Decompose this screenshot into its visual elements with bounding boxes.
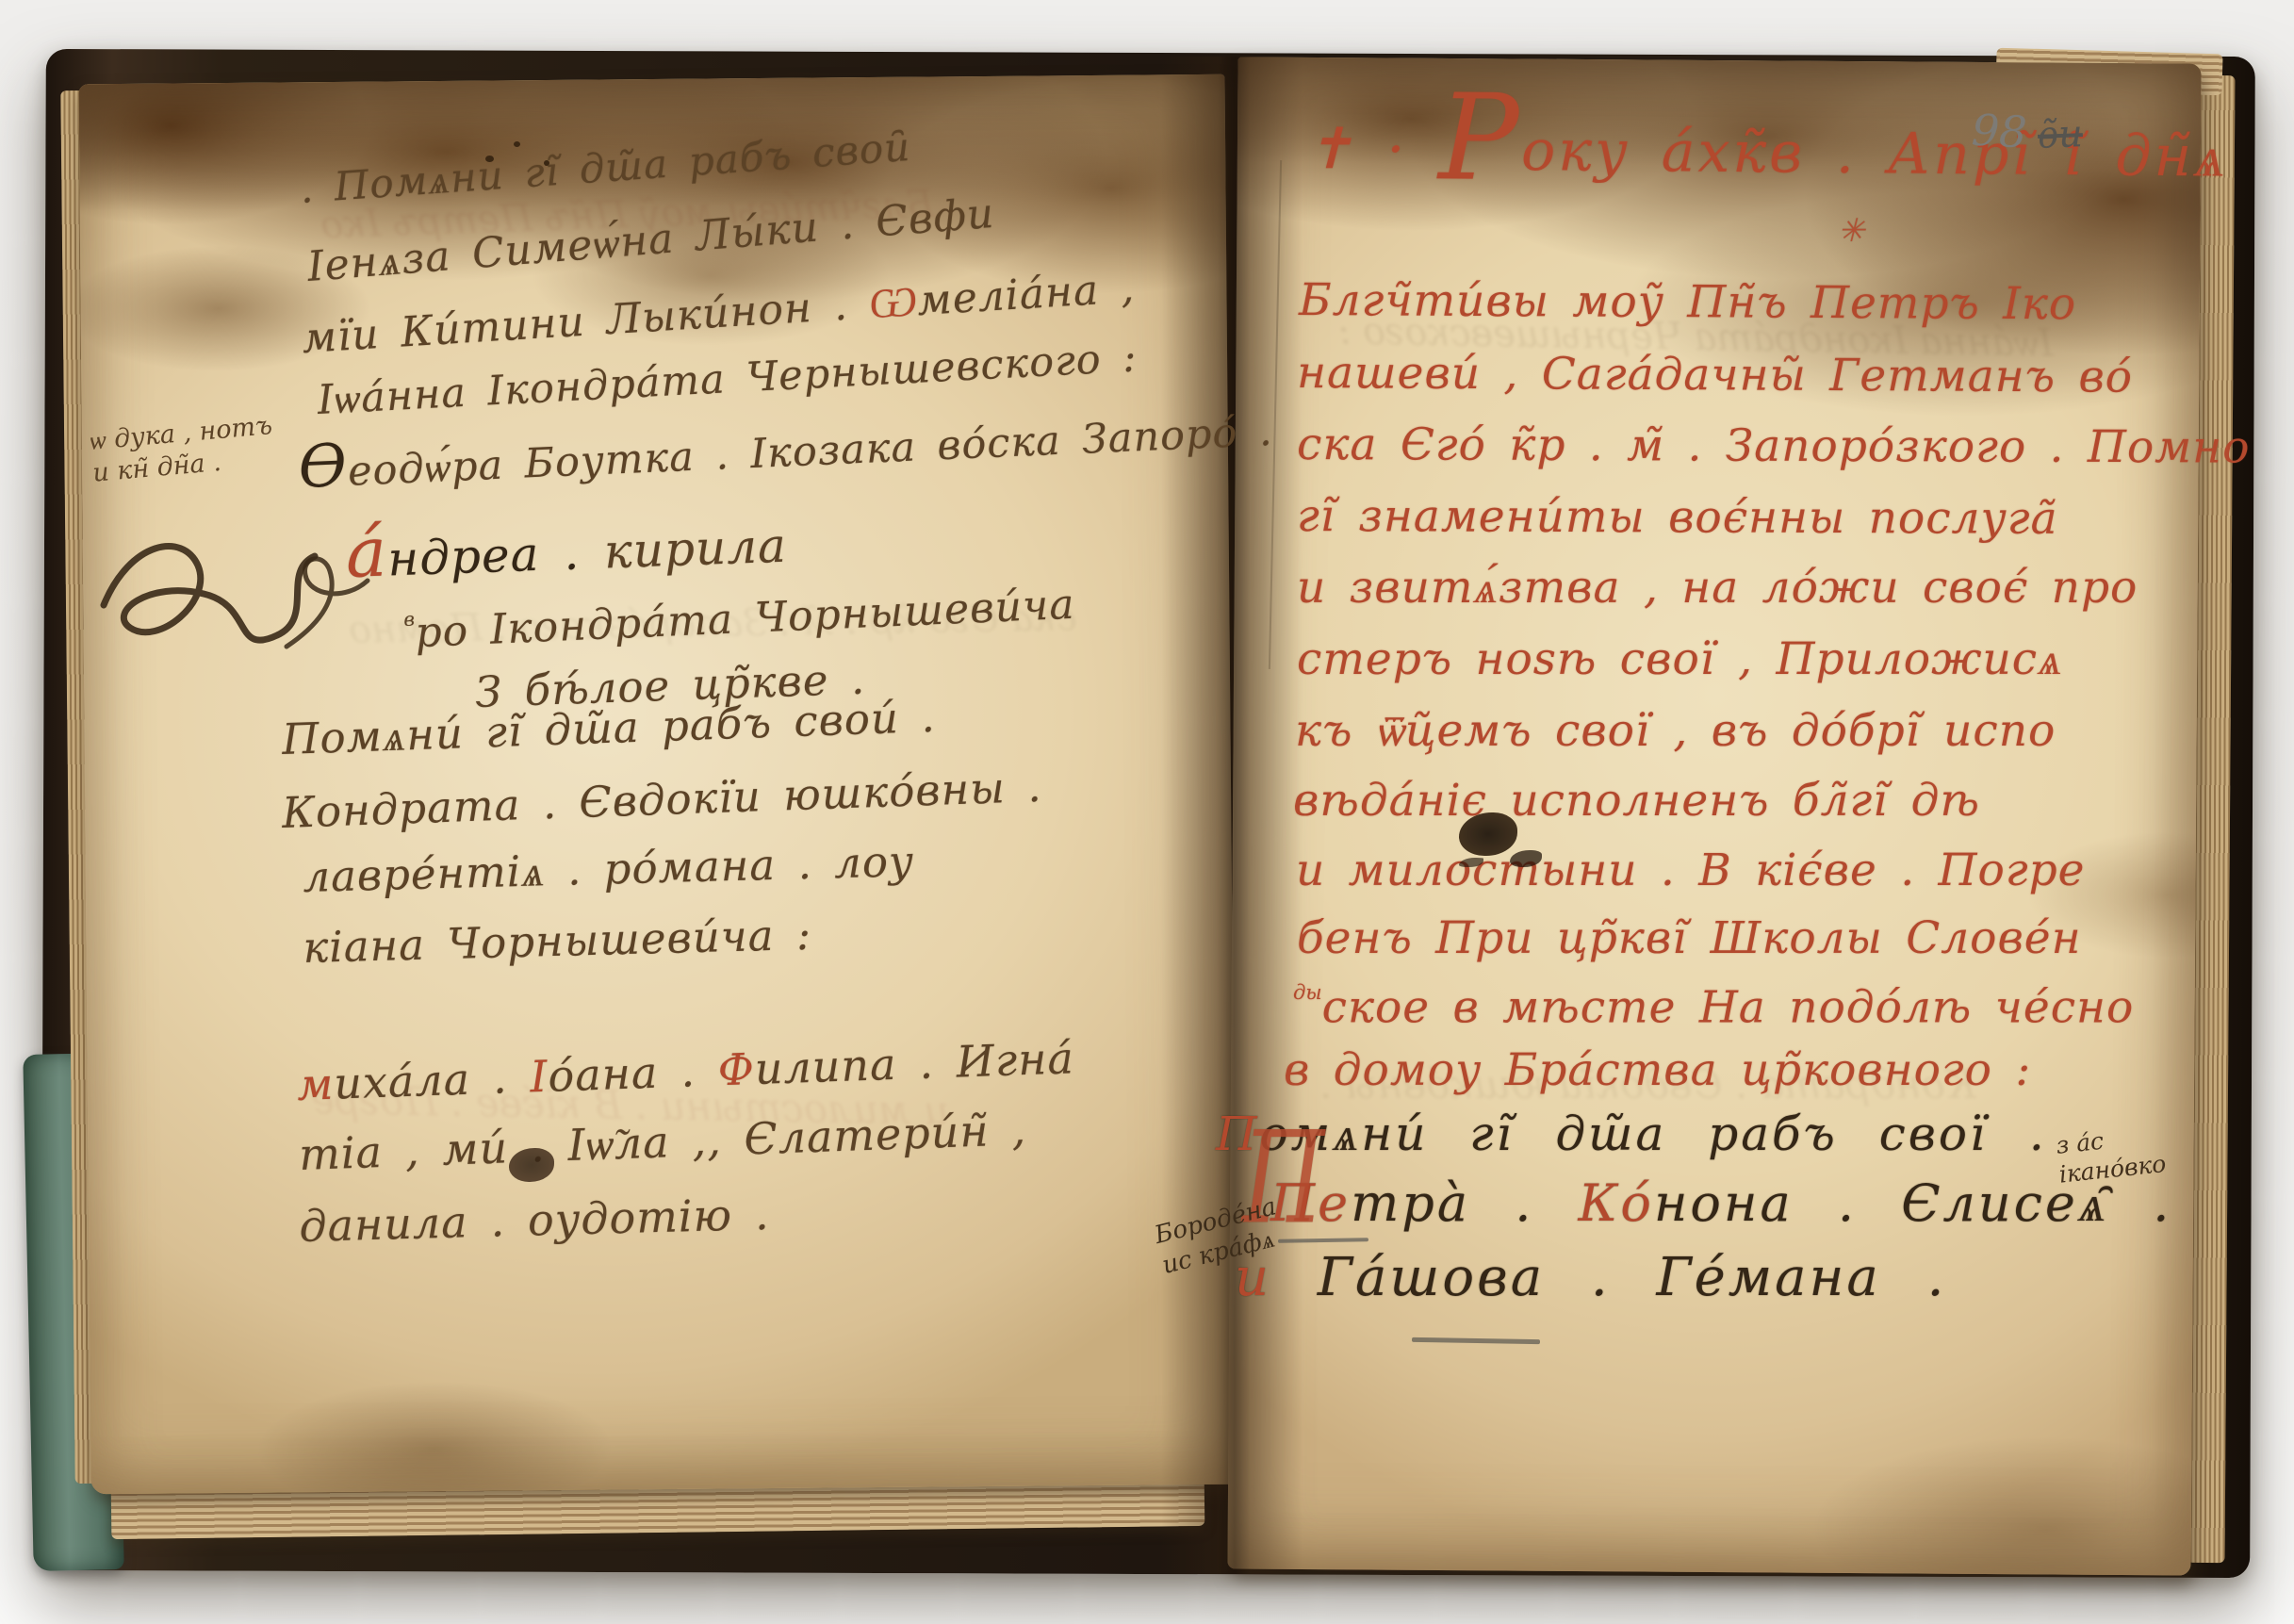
text-segment: Га́шова . Ге́мана . — [1318, 1247, 1947, 1308]
right-page-line-5: гı̃ знамени́ты воє́нны послуга̃ — [1297, 494, 2058, 541]
red-initial: Ф — [717, 1043, 756, 1095]
text-segment: ское в мѣсте На подо́лѣ че́сно — [1322, 981, 2135, 1033]
ink-speck — [544, 160, 549, 166]
text-segment: ндреа . — [386, 525, 581, 586]
red-star-mark: ✳ — [1838, 215, 1866, 247]
text-segment: омѧни́ гı̃ дш̃а рабъ свої . — [1260, 1107, 2047, 1161]
manuscript-photo: Блгч̃ти́вы моу̃ Пн̃ъ Петръ Iко ска Єго́ … — [0, 0, 2294, 1624]
red-initial: Ко́ — [1579, 1173, 1654, 1233]
right-page-line-14: Помѧни́ гı̃ дш̃а рабъ свої . — [1216, 1110, 2047, 1157]
left-page-line-15: данила . оудотiю . — [299, 1192, 770, 1248]
right-page-line-8: къ ѿц̃емъ свої , въ до́брı̃ испо — [1295, 709, 2056, 753]
text-segment: тра̀ . — [1351, 1173, 1578, 1233]
text-segment: илипа . — [754, 1037, 958, 1094]
right-page-line-9: вѣда́нiє исполненъ бл̃гı̃ дѣ — [1293, 779, 1980, 823]
right-page-line-15: Петра̀ . Ко́нона . Єлисеѧ̑ . — [1270, 1178, 2171, 1229]
pencil-scribble: ѳ̃и — [2037, 112, 2083, 157]
text-segment: Єлисеѧ̑ . — [1901, 1173, 2171, 1233]
right-page-line-3: нашеви́ , Сага́дачны̃ Гетманъ во́ — [1297, 351, 2133, 400]
right-page-line-10: и милостыни . В кiє́ве . Погре — [1296, 848, 2085, 893]
ink-speck — [514, 141, 520, 147]
text-segment: Игна́ — [956, 1032, 1075, 1087]
superscript-letter: в — [403, 609, 416, 631]
text-segment: нона . — [1654, 1173, 1901, 1233]
right-page-title: ✝ · Року а́хк̃в . Апрı̃ ı̃ дн̃ѧ — [1305, 121, 2228, 186]
right-page-line-11: бенъ При цр̃квı̃ Школы Слове́н — [1297, 916, 2082, 960]
text-segment: о́ана . — [548, 1044, 719, 1101]
right-page-line-12: дыское в мѣсте На подо́лѣ че́сно — [1293, 982, 2134, 1029]
red-initial: Ѡ — [868, 277, 919, 328]
right-page-line-13: в домоу Бра́ства цр̃ковного : — [1284, 1048, 2031, 1092]
right-margin-note: з а́с iкано́вко — [2055, 1120, 2168, 1189]
left-page-line-6: а́ндреа . кирила — [345, 522, 787, 584]
red-initial: м — [296, 1058, 335, 1110]
right-page-line-2: Блгч̃ти́вы моу̃ Пн̃ъ Петръ Iко — [1299, 278, 2076, 326]
superscript-letters: ды — [1293, 980, 1322, 1004]
pencil-page-number: 98 — [1971, 105, 2028, 158]
right-page-line-7: стеръ ноsѣ свої , Приложисѧ — [1297, 637, 2063, 681]
large-initial: Ѳ — [297, 431, 349, 501]
text-segment: оку а́хк̃в . Апрı̃ ı̃ дн̃ѧ — [1521, 118, 2228, 190]
cross-mark: ✝ · — [1305, 116, 1439, 183]
red-initial: I — [529, 1051, 549, 1103]
ink-speck — [485, 156, 494, 162]
right-page-line-16: и Га́шова . Ге́мана . — [1235, 1252, 1946, 1304]
text-segment: иха́ла . — [333, 1051, 531, 1108]
red-initial: а́ — [344, 514, 388, 594]
large-initial: Р — [1438, 68, 1522, 207]
left-page-line-12: кiана Чорнышеви́ча : — [303, 913, 812, 969]
right-page-line-6: и звитѧ́зтва , на ло́жи своє́ про — [1297, 566, 2138, 610]
right-page-line-4: ска Єго́ к̃р . м̃ . Запоро́зкого . Помно — [1297, 422, 2251, 470]
text-segment: кирила — [579, 518, 788, 581]
